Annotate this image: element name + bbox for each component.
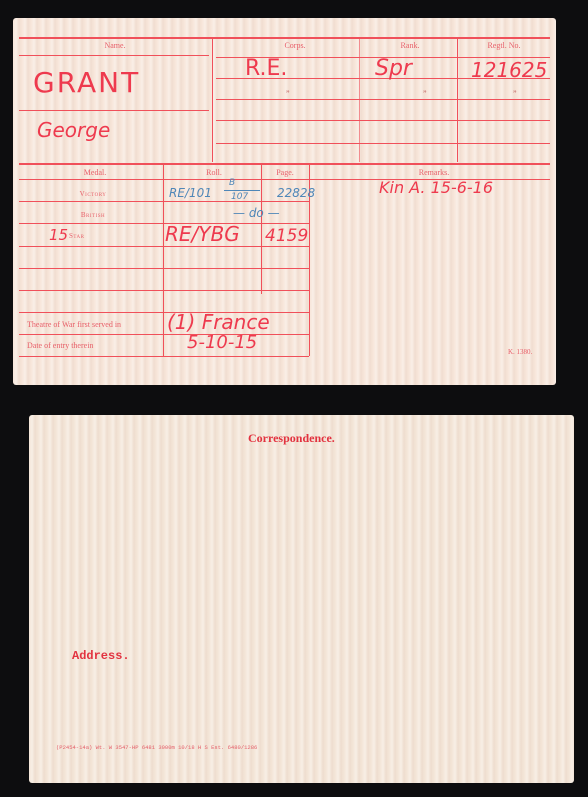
rank-value: Spr: [375, 56, 412, 81]
ditto-mark: ”: [513, 89, 517, 98]
corps-value: R.E.: [245, 56, 287, 81]
entry-date-value: 5-10-15: [187, 332, 257, 353]
regt-no-value: 121625: [471, 58, 547, 82]
rule: [19, 223, 309, 224]
remarks-value: Kin A. 15-6-16: [379, 178, 493, 197]
star-page-value: 4159: [265, 226, 308, 246]
victory-roll-value: RE/101: [169, 186, 212, 200]
rule: [212, 38, 213, 162]
theatre-value: (1) France: [167, 310, 270, 334]
medal-star-label: Star: [69, 232, 85, 240]
medal-header: Medal.: [84, 168, 106, 177]
form-number: K. 1380.: [508, 348, 532, 356]
star-prefix-value: 15: [49, 226, 68, 244]
fraction-bar: [224, 190, 260, 191]
rule: [216, 120, 550, 121]
printer-imprint: (P2454-14a) Wt. W 3547-HP 6481 3000m 10/…: [56, 744, 257, 751]
forename-value: George: [37, 118, 110, 142]
ditto-mark: ”: [286, 89, 290, 98]
victory-roll-fraction-bottom: 107: [231, 192, 248, 202]
address-label: Address.: [72, 649, 130, 663]
rule: [19, 246, 309, 247]
rule: [261, 164, 262, 294]
rule: [19, 163, 550, 165]
rule: [19, 55, 209, 56]
rule: [19, 110, 209, 111]
victory-page-value: 22828: [277, 186, 315, 200]
medal-victory-label: Victory: [80, 190, 107, 198]
rule: [216, 143, 550, 144]
medal-index-card-front: Name. Corps. Rank. Regtl. No. GRANT Geor…: [13, 18, 556, 385]
rule: [163, 164, 164, 356]
victory-roll-fraction-top: B: [229, 178, 235, 188]
star-roll-value: RE/YBG: [165, 222, 240, 246]
rule: [19, 356, 309, 357]
rule: [19, 268, 309, 269]
rule: [19, 334, 309, 335]
entry-date-label: Date of entry therein: [27, 341, 93, 350]
page-header: Page.: [276, 168, 294, 177]
rank-header: Rank.: [401, 41, 420, 50]
surname-value: GRANT: [33, 66, 140, 99]
rule: [216, 99, 550, 100]
medal-index-card-back: Correspondence. Address. (P2454-14a) Wt.…: [29, 415, 574, 783]
rule: [19, 201, 309, 202]
ditto-mark: ”: [423, 89, 427, 98]
british-roll-value: — do —: [233, 206, 280, 220]
theatre-label: Theatre of War first served in: [27, 320, 121, 329]
medal-british-label: British: [81, 211, 105, 219]
name-header: Name.: [104, 41, 125, 50]
regt-no-header: Regtl. No.: [487, 41, 520, 50]
corps-header: Corps.: [284, 41, 305, 50]
rule: [19, 290, 309, 291]
remarks-header: Remarks.: [419, 168, 449, 177]
rule: [19, 37, 550, 39]
correspondence-title: Correspondence.: [248, 431, 335, 446]
roll-header: Roll.: [206, 168, 222, 177]
